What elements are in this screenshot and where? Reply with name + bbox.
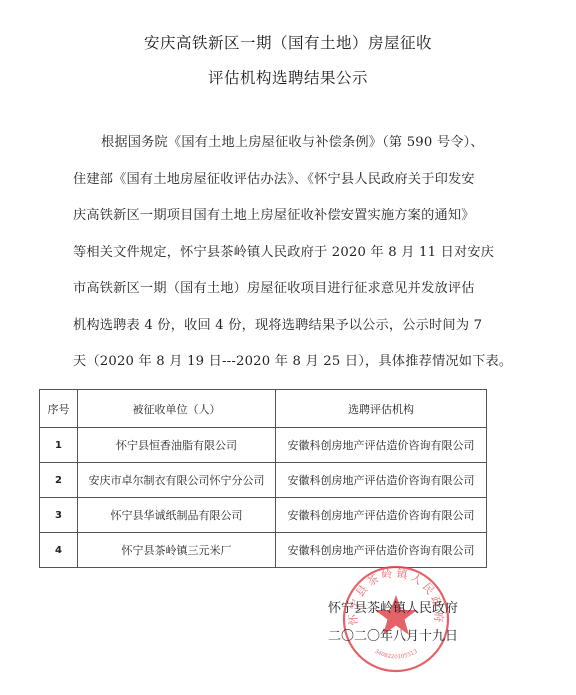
table-row: 2 安庆市卓尔制衣有限公司怀宁分公司 安徽科创房地产评估造价咨询有限公司 — [40, 463, 487, 498]
official-seal-icon: 怀宁县茶岭镇人民政府 3408220105513 — [340, 563, 452, 675]
results-table: 序号 被征收单位（人） 选聘评估机构 1 怀宁县恒香油脂有限公司 安徽科创房地产… — [39, 389, 487, 568]
body-line: 庆高铁新区一期项目国有土地上房屋征收补偿安置实施方案的通知》 — [73, 198, 513, 235]
issuer-name: 怀宁县茶岭镇人民政府 — [328, 597, 458, 616]
header-appraisal-agency: 选聘评估机构 — [276, 390, 487, 428]
row-unit: 安庆市卓尔制衣有限公司怀宁分公司 — [78, 463, 276, 498]
issue-date: 二〇二〇年八月十九日 — [328, 625, 458, 644]
row-unit: 怀宁县茶岭镇三元米厂 — [78, 533, 276, 568]
row-serial: 2 — [40, 463, 78, 498]
table-row: 3 怀宁县华诚纸制品有限公司 安徽科创房地产评估造价咨询有限公司 — [40, 498, 487, 533]
table-row: 1 怀宁县恒香油脂有限公司 安徽科创房地产评估造价咨询有限公司 — [40, 428, 487, 463]
svg-text:3408220105513: 3408220105513 — [373, 648, 419, 660]
row-unit: 怀宁县恒香油脂有限公司 — [78, 428, 276, 463]
body-line: 根据国务院《国有土地上房屋征收与补偿条例》（第 590 号令）、 — [73, 125, 513, 162]
header-expropriated-unit: 被征收单位（人） — [78, 390, 276, 428]
body-line: 住建部《国有土地房屋征收评估办法》、《怀宁县人民政府关于印发安 — [73, 162, 513, 199]
seal-code: 3408220105513 — [373, 648, 419, 660]
body-line: 天（2020 年 8 月 19 日---2020 年 8 月 25 日），具体推… — [73, 344, 513, 381]
row-serial: 3 — [40, 498, 78, 533]
body-line: 等相关文件规定，怀宁县茶岭镇人民政府于 2020 年 8 月 11 日对安庆 — [73, 235, 513, 272]
body-line: 市高铁新区一期（国有土地）房屋征收项目进行征求意见并发放评估 — [73, 271, 513, 308]
document-title-line-2: 评估机构选聘结果公示 — [0, 66, 576, 88]
document-title-line-1: 安庆高铁新区一期（国有土地）房屋征收 — [0, 31, 576, 53]
body-line: 机构选聘表 4 份，收回 4 份，现将选聘结果予以公示，公示时间为 7 — [73, 308, 513, 345]
row-agency: 安徽科创房地产评估造价咨询有限公司 — [276, 428, 487, 463]
table-header-row: 序号 被征收单位（人） 选聘评估机构 — [40, 390, 487, 428]
row-agency: 安徽科创房地产评估造价咨询有限公司 — [276, 498, 487, 533]
row-unit: 怀宁县华诚纸制品有限公司 — [78, 498, 276, 533]
row-agency: 安徽科创房地产评估造价咨询有限公司 — [276, 463, 487, 498]
announcement-body: 根据国务院《国有土地上房屋征收与补偿条例》（第 590 号令）、 住建部《国有土… — [73, 125, 513, 381]
row-serial: 1 — [40, 428, 78, 463]
header-serial: 序号 — [40, 390, 78, 428]
row-serial: 4 — [40, 533, 78, 568]
